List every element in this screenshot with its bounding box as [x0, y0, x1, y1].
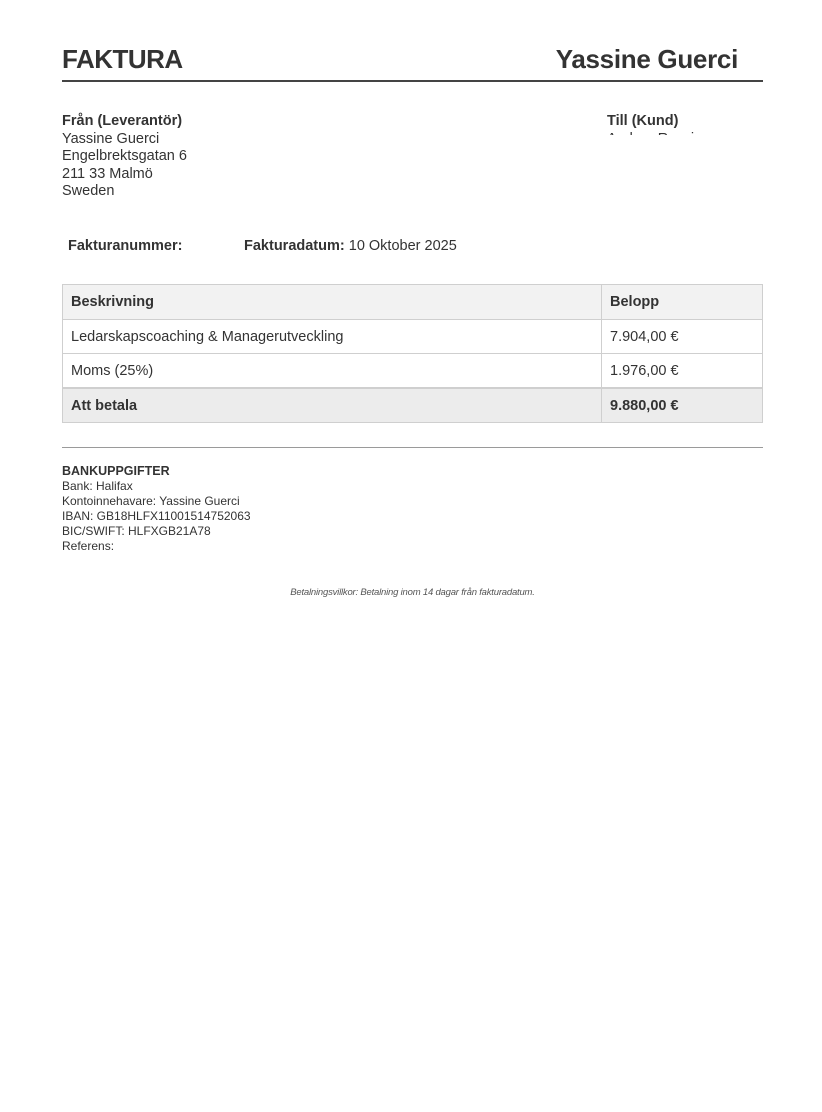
row-amount: 1.976,00 €: [602, 354, 763, 389]
document-title: FAKTURA: [62, 44, 183, 75]
total-row: Att betala 9.880,00 €: [63, 388, 763, 423]
supplier-postal-city: 211 33 Malmö: [62, 166, 187, 184]
section-divider: [62, 447, 763, 448]
row-description: Moms (25%): [63, 354, 602, 389]
invoice-header: FAKTURA Yassine Guerci: [62, 44, 763, 82]
company-name: Yassine Guerci: [556, 44, 738, 75]
total-amount: 9.880,00 €: [602, 388, 763, 423]
invoice-date-label: Fakturadatum:: [244, 238, 345, 254]
invoice-date: Fakturadatum: 10 Oktober 2025: [244, 238, 457, 254]
row-description: Ledarskapscoaching & Managerutveckling: [63, 320, 602, 354]
supplier-name: Yassine Guerci: [62, 131, 187, 149]
line-items-table: Beskrivning Belopp Ledarskapscoaching & …: [62, 284, 763, 423]
row-amount: 7.904,00 €: [602, 320, 763, 354]
invoice-date-value: 10 Oktober 2025: [349, 238, 457, 254]
supplier-block: Från (Leverantör) Yassine Guerci Engelbr…: [62, 113, 187, 201]
total-label: Att betala: [63, 388, 602, 423]
payment-terms: Betalningsvillkor: Betalning inom 14 dag…: [62, 587, 763, 598]
iban: IBAN: GB18HLFX11001514752063: [62, 509, 251, 524]
bank-name: Bank: Halifax: [62, 479, 251, 494]
table-row: Ledarskapscoaching & Managerutveckling 7…: [63, 320, 763, 354]
bic-swift: BIC/SWIFT: HLFXGB21A78: [62, 524, 251, 539]
supplier-country: Sweden: [62, 183, 187, 201]
customer-name-clipped: Andrea Rossi: [607, 131, 757, 136]
invoice-number: Fakturanummer:: [68, 238, 182, 254]
supplier-label: Från (Leverantör): [62, 113, 187, 131]
customer-block: Till (Kund) Andrea Rossi: [607, 113, 757, 135]
column-header-amount: Belopp: [602, 285, 763, 320]
account-holder: Kontoinnehavare: Yassine Guerci: [62, 494, 251, 509]
supplier-street: Engelbrektsgatan 6: [62, 148, 187, 166]
bank-details: BANKUPPGIFTER Bank: Halifax Kontoinnehav…: [62, 464, 251, 554]
invoice-number-label: Fakturanummer:: [68, 238, 182, 254]
table-row: Moms (25%) 1.976,00 €: [63, 354, 763, 389]
reference: Referens:: [62, 539, 251, 554]
column-header-description: Beskrivning: [63, 285, 602, 320]
customer-label: Till (Kund): [607, 113, 757, 131]
bank-heading: BANKUPPGIFTER: [62, 464, 251, 479]
table-header-row: Beskrivning Belopp: [63, 285, 763, 320]
